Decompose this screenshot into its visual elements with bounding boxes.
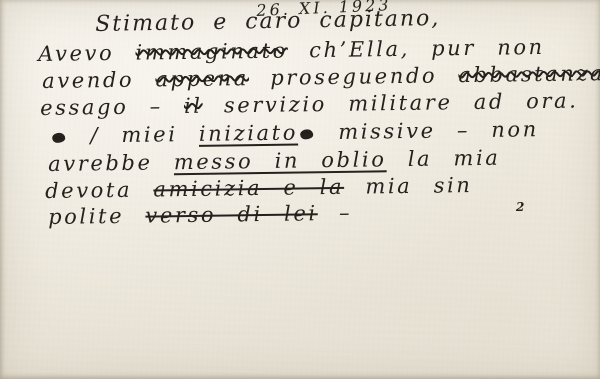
- handwriting-line: avendo appena proseguendo abbastanza a: [42, 61, 600, 93]
- handwriting-line: essago – il servizio militare ad ora.: [40, 88, 579, 120]
- handwriting-text: avendo: [42, 67, 156, 93]
- handwriting-text: –: [318, 201, 353, 225]
- ink-blot: [52, 133, 65, 143]
- handwriting-line: avrebbe messo in oblio la mia: [48, 146, 501, 176]
- handwriting-line: Avevo immaginato ch’Ella, pur non: [38, 35, 545, 66]
- handwriting-text: mia sin: [344, 173, 473, 199]
- handwriting-text: proseguendo: [249, 63, 459, 90]
- letter-page: 26. XI. 1923 Stimato e caro capitano, Av…: [0, 0, 600, 379]
- handwriting-text: essago –: [40, 94, 184, 120]
- handwriting-text: verso di lei: [145, 201, 318, 227]
- handwriting-text: polite: [48, 204, 146, 229]
- handwriting-text: / miei: [69, 122, 199, 148]
- handwriting-text: abbastanza: [458, 61, 600, 87]
- handwriting-text: la mia: [386, 146, 500, 172]
- handwriting-text: appena: [155, 66, 249, 91]
- handwriting-text: iniziato: [199, 121, 298, 146]
- handwriting-text: immaginato: [135, 39, 288, 65]
- handwriting-text: ch’Ella, pur non: [288, 35, 545, 63]
- handwriting-line: / miei iniziato missive – non: [50, 117, 539, 148]
- handwriting-text: servizio militare ad ora.: [202, 88, 578, 117]
- letter-salutation: Stimato e caro capitano,: [95, 6, 441, 37]
- handwriting-line: polite verso di lei –: [48, 201, 352, 229]
- handwriting-text: avrebbe: [48, 150, 174, 176]
- handwriting-text: amicizia e la: [153, 175, 344, 202]
- handwriting-text: messo in oblio: [174, 147, 387, 174]
- handwriting-text: missive – non: [317, 117, 539, 144]
- handwriting-text: il: [184, 94, 203, 118]
- page-number-mark: 2: [516, 200, 524, 214]
- ink-blot: [300, 129, 313, 139]
- handwriting-text: devota: [45, 177, 154, 203]
- handwriting-text: Avevo: [38, 41, 136, 66]
- handwriting-line: devota amicizia e la mia sin: [45, 173, 473, 203]
